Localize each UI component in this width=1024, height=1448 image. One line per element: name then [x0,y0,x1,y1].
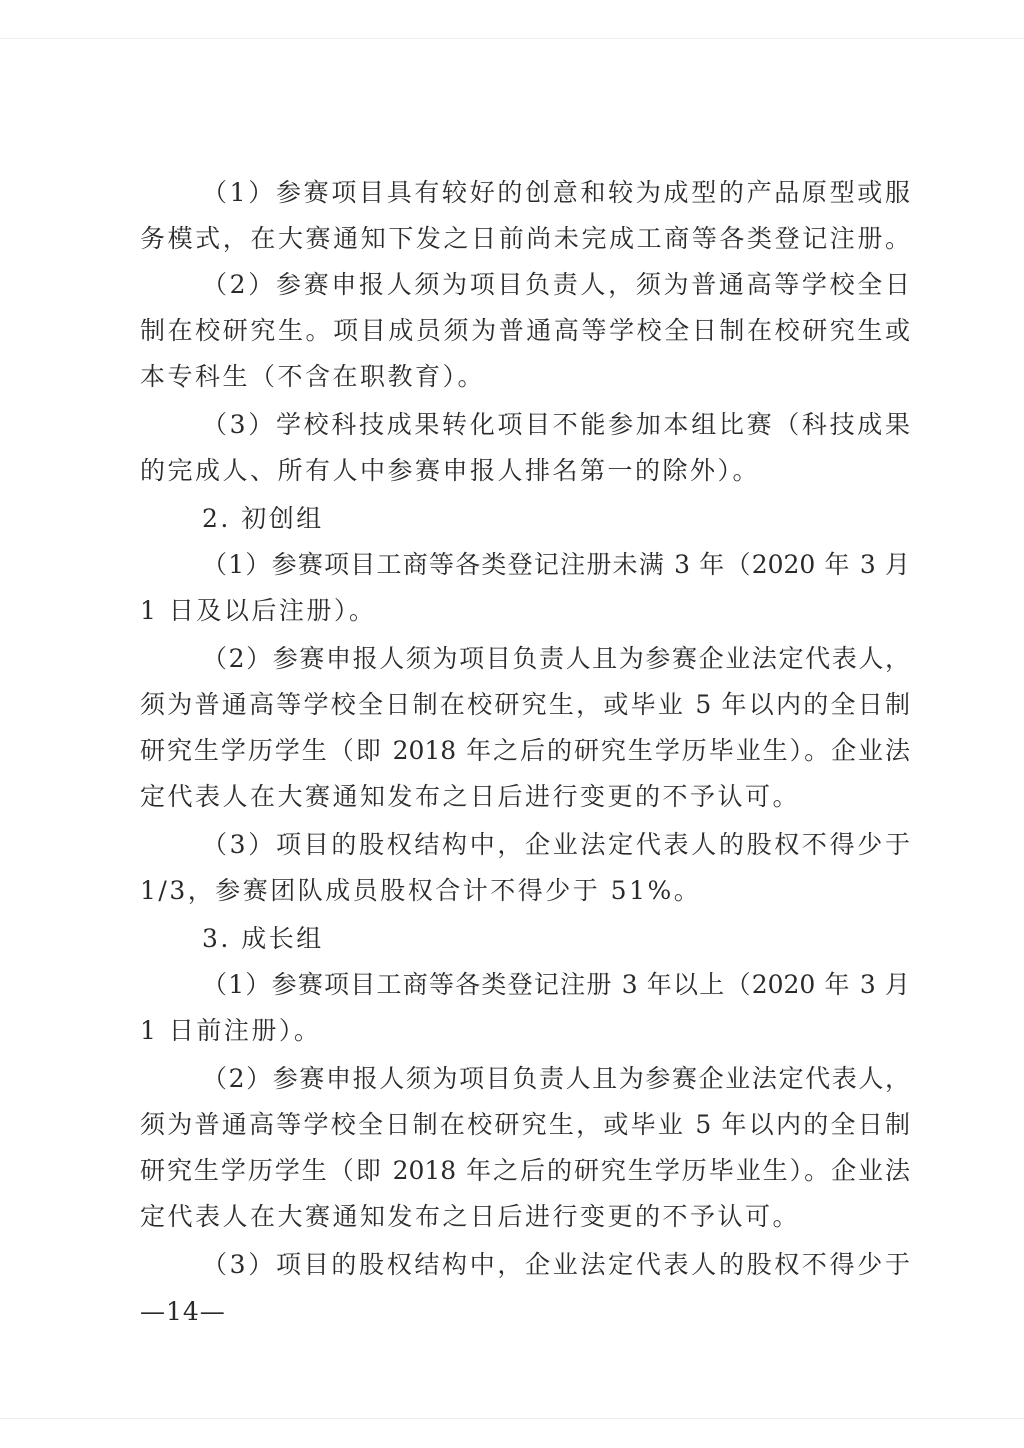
line-12: 须为普通高等学校全日制在校研究生，或毕业 5 年以内的全日制 [140,682,910,728]
line-10: 1 日及以后注册）。 [140,588,376,634]
line-20: （2）参赛申报人须为项目负责人且为参赛企业法定代表人， [202,1056,910,1102]
line-9: （1）参赛项目工商等各类登记注册未满 3 年（2020 年 3 月 [202,542,910,588]
line-24: （3）项目的股权结构中，企业法定代表人的股权不得少于 [202,1242,910,1288]
section-heading-growth-group: 3. 成长组 [202,916,324,962]
line-15: （3）项目的股权结构中，企业法定代表人的股权不得少于 [202,822,910,868]
line-14: 定代表人在大赛通知发布之日后进行变更的不予认可。 [140,774,800,820]
line-11: （2）参赛申报人须为项目负责人且为参赛企业法定代表人， [202,636,910,682]
line-5: 本专科生（不含在职教育）。 [140,354,485,400]
page-number: —14— [140,1292,226,1332]
section-heading-startup-group: 2. 初创组 [202,496,324,542]
line-22: 研究生学历学生（即 2018 年之后的研究生学历毕业生）。企业法 [140,1148,910,1194]
line-16: 1/3，参赛团队成员股权合计不得少于 51%。 [140,868,701,914]
line-13: 研究生学历学生（即 2018 年之后的研究生学历毕业生）。企业法 [140,728,910,774]
line-1: （1）参赛项目具有较好的创意和较为成型的产品原型或服 [202,170,910,216]
scan-edge-bottom [0,1418,1024,1419]
line-21: 须为普通高等学校全日制在校研究生，或毕业 5 年以内的全日制 [140,1102,910,1148]
line-2: 务模式，在大赛通知下发之日前尚未完成工商等各类登记注册。 [140,216,910,262]
line-18: （1）参赛项目工商等各类登记注册 3 年以上（2020 年 3 月 [202,962,910,1008]
line-19: 1 日前注册）。 [140,1008,321,1054]
scan-edge-top [0,38,1024,39]
line-6: （3）学校科技成果转化项目不能参加本组比赛（科技成果 [202,402,910,448]
line-7: 的完成人、所有人中参赛申报人排名第一的除外）。 [140,448,760,494]
line-23: 定代表人在大赛通知发布之日后进行变更的不予认可。 [140,1194,800,1240]
line-3: （2）参赛申报人须为项目负责人，须为普通高等学校全日 [202,262,910,308]
line-4: 制在校研究生。项目成员须为普通高等学校全日制在校研究生或 [140,308,910,354]
